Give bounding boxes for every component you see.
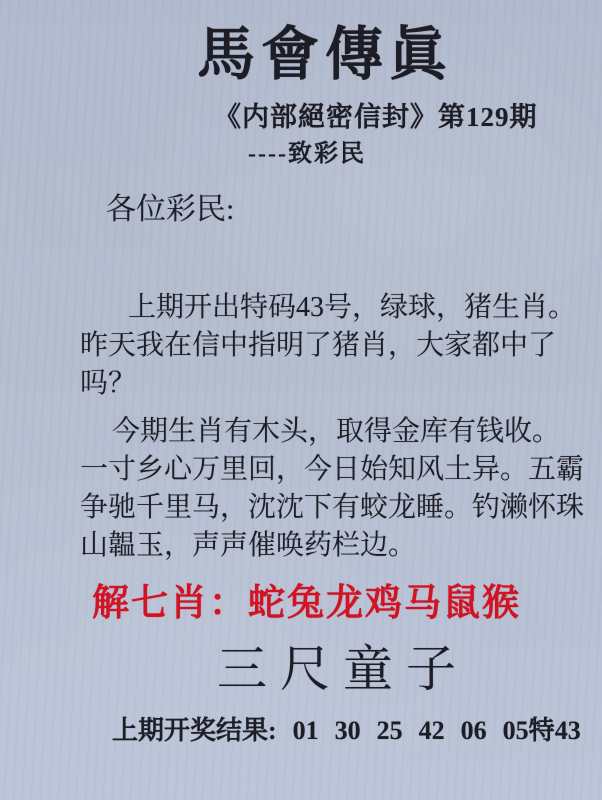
previous-draw-results: 上期开奖结果:013025420605特43 — [112, 713, 581, 749]
fax-letter-sheet: 馬會傳眞 《内部絕密信封》第129期 ----致彩民 各位彩民: 上期开出特码4… — [0, 0, 602, 800]
special-number-label: 特 — [529, 716, 555, 745]
draw-number-5: 06 — [461, 716, 487, 745]
draw-number-6: 05 — [503, 716, 529, 745]
paragraph-line: 一寸乡心万里回，今日始知风土异。五霸 — [80, 451, 596, 489]
paragraph-line: 山韞玉，声声催唤药栏边。 — [80, 527, 596, 565]
draw-number-3: 25 — [377, 716, 403, 745]
dedication-line: ----致彩民 — [248, 139, 366, 169]
issue-line: 《内部絕密信封》第129期 — [214, 99, 538, 135]
results-label: 上期开奖结果: — [112, 716, 277, 745]
salutation: 各位彩民: — [106, 191, 234, 229]
paragraph-line: 昨天我在信中指明了猪肖，大家都中了 — [80, 327, 596, 365]
hint-label: 解七肖： — [92, 583, 248, 624]
paragraph-line: 今期生肖有木头，取得金库有钱收。 — [80, 413, 596, 451]
draw-number-4: 42 — [419, 716, 445, 745]
signature: 三尺童子 — [0, 638, 602, 700]
paragraph-previous-result: 上期开出特码43号，绿球，猪生肖。 昨天我在信中指明了猪肖，大家都中了 吗？ — [80, 289, 596, 403]
paragraph-current-tip: 今期生肖有木头，取得金库有钱收。 一寸乡心万里回，今日始知风土异。五霸 争驰千里… — [80, 413, 596, 565]
draw-number-2: 30 — [335, 716, 361, 745]
hint-animals: 蛇兔龙鸡马鼠猴 — [248, 583, 521, 624]
paragraph-line: 争驰千里马，沈沈下有蛟龙睡。钓濑怀珠 — [80, 489, 596, 527]
paragraph-line: 上期开出特码43号，绿球，猪生肖。 — [80, 289, 596, 327]
special-number: 43 — [555, 716, 581, 745]
page-title: 馬會傳眞 — [0, 20, 602, 90]
paragraph-line: 吗？ — [80, 365, 596, 403]
draw-number-1: 01 — [293, 716, 319, 745]
seven-zodiac-hint: 解七肖：蛇兔龙鸡马鼠猴 — [92, 581, 521, 627]
